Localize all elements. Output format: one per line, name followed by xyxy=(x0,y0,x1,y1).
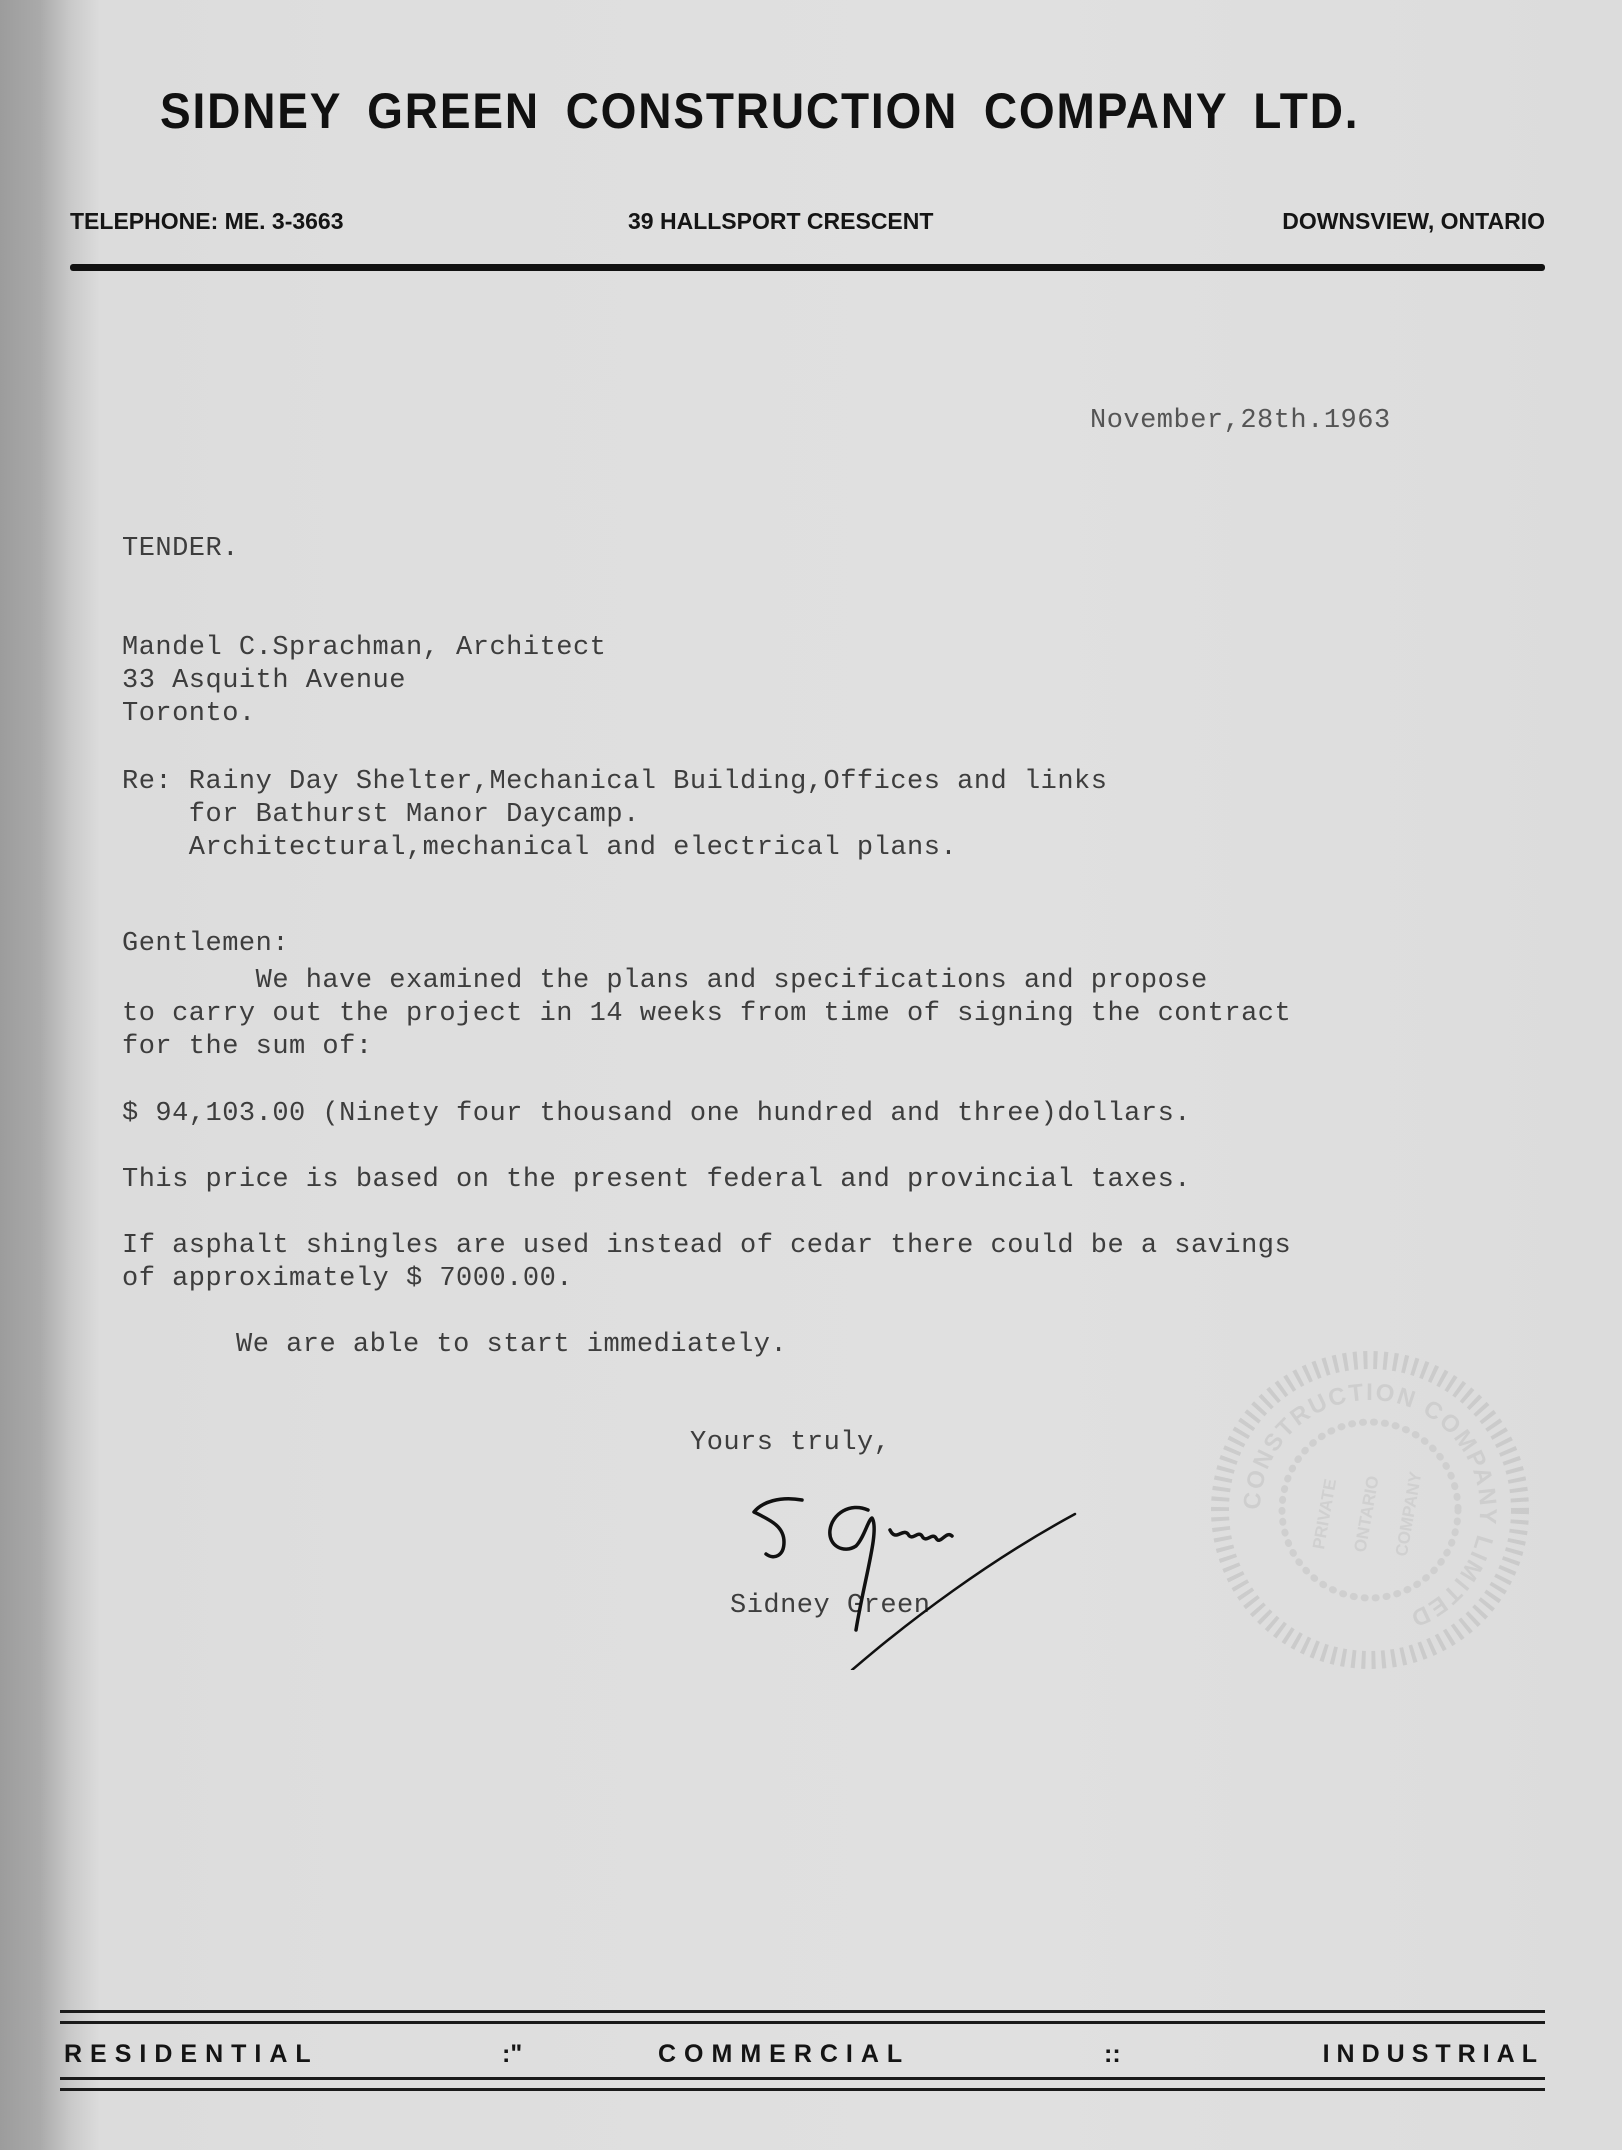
closing: Yours truly, xyxy=(690,1427,890,1460)
company-address: 39 HALLSPORT CRESCENT xyxy=(628,208,933,235)
recipient-line: Toronto. xyxy=(122,698,606,731)
footer-separator: :: xyxy=(1104,2040,1121,2069)
taxes-note: This price is based on the present feder… xyxy=(122,1164,1191,1197)
recipient-address: Mandel C.Sprachman, Architect33 Asquith … xyxy=(122,632,606,731)
body-line: to carry out the project in 14 weeks fro… xyxy=(122,998,1291,1031)
body-line: for the sum of: xyxy=(122,1031,1291,1064)
seal-inner-text: PRIVATE xyxy=(1309,1477,1340,1550)
recipient-line: Mandel C.Sprachman, Architect xyxy=(122,632,606,665)
recipient-line: 33 Asquith Avenue xyxy=(122,665,606,698)
handwritten-signature xyxy=(740,1490,1080,1670)
embossed-corporate-seal: CONSTRUCTION COMPANY LIMITED PRIVATE ONT… xyxy=(1200,1345,1540,1675)
body-line: We have examined the plans and specifica… xyxy=(122,965,1291,998)
re-line: Re: Rainy Day Shelter,Mechanical Buildin… xyxy=(122,766,1107,799)
re-line: Architectural,mechanical and electrical … xyxy=(122,832,1107,865)
salutation: Gentlemen: xyxy=(122,928,289,961)
letter-date: November,28th.1963 xyxy=(1090,405,1391,438)
letter-heading: TENDER. xyxy=(122,533,239,566)
footer-industrial: INDUSTRIAL xyxy=(1323,2040,1544,2069)
footer-rule-top xyxy=(60,2010,1545,2024)
letter-page: SIDNEY GREEN CONSTRUCTION COMPANY LTD. T… xyxy=(0,0,1622,2150)
start-note: We are able to start immediately. xyxy=(236,1329,787,1362)
seal-inner-text: COMPANY xyxy=(1392,1470,1426,1558)
savings-line: of approximately $ 7000.00. xyxy=(122,1263,1291,1296)
savings-line: If asphalt shingles are used instead of … xyxy=(122,1230,1291,1263)
body-paragraph: We have examined the plans and specifica… xyxy=(122,965,1291,1064)
seal-inner-text: ONTARIO xyxy=(1351,1474,1383,1553)
company-name: SIDNEY GREEN CONSTRUCTION COMPANY LTD. xyxy=(160,82,1356,140)
savings-note: If asphalt shingles are used instead of … xyxy=(122,1230,1291,1296)
letterhead-rule xyxy=(70,264,1545,271)
footer-rule-bottom xyxy=(60,2077,1545,2091)
footer-commercial: COMMERCIAL xyxy=(658,2040,910,2069)
tender-sum: $ 94,103.00 (Ninety four thousand one hu… xyxy=(122,1098,1191,1131)
telephone: TELEPHONE: ME. 3-3663 xyxy=(70,208,344,235)
footer-separator: :" xyxy=(502,2040,522,2069)
re-line: for Bathurst Manor Daycamp. xyxy=(122,799,1107,832)
company-city: DOWNSVIEW, ONTARIO xyxy=(1282,208,1545,235)
subject-reference: Re: Rainy Day Shelter,Mechanical Buildin… xyxy=(122,766,1107,865)
footer-residential: RESIDENTIAL xyxy=(64,2040,319,2069)
